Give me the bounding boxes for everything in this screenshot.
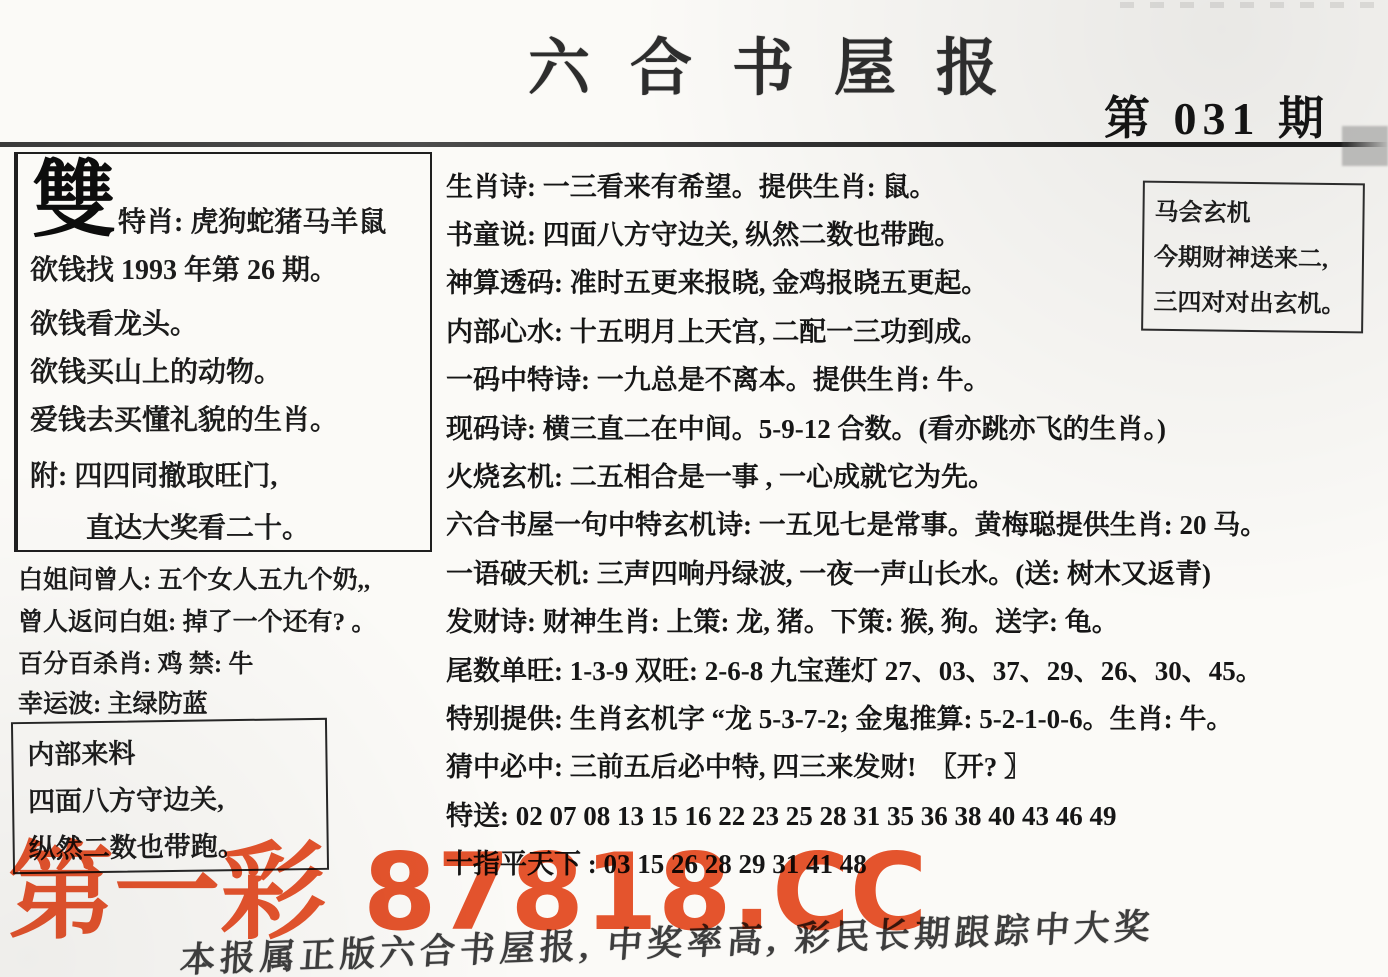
site-watermark: 第一彩 87818.CC: [8, 840, 928, 946]
internal-box-line: 四面八方守边关,: [28, 775, 313, 826]
main-tip-column: 生肖诗: 一三看来有希望。提供生肖: 鼠。 书童说: 四面八方守边关, 纵然二数…: [446, 160, 1386, 886]
tip-line-huoshao: 火烧玄机: 二五相合是一事 , 一心成就它为先。: [446, 450, 1386, 498]
tip-line-facai: 发财诗: 财神生肖: 上策: 龙, 猪。下策: 猴, 狗。送字: 龟。: [446, 596, 1386, 644]
double-character: 雙: [32, 160, 116, 244]
zodiac-box-line: 欲钱买山上的动物。: [30, 350, 282, 390]
scan-noise-top: [1120, 2, 1380, 8]
zodiac-box-line: 直达大奖看二十。: [86, 506, 310, 546]
baijie-line: 白姐问曾人: 五个女人五九个奶,,: [18, 560, 370, 596]
tip-line-weishu: 尾数单旺: 1-3-9 双旺: 2-6-8 九宝莲灯 27、03、37、29、2…: [446, 644, 1386, 692]
zodiac-box-line: 欲钱看龙头。: [30, 302, 198, 342]
internal-box-line: 内部来料: [27, 728, 312, 779]
zodiac-tip-box: 雙 特肖: 虎狗蛇猪马羊鼠 欲钱找 1993 年第 26 期。 欲钱看龙头。 欲…: [14, 152, 432, 552]
tip-line-shensuan: 神算透码: 准时五更来报晓, 金鸡报晓五更起。: [446, 257, 1386, 305]
tip-line-xianma: 现码诗: 横三直二在中间。5-9-12 合数。(看亦跳亦飞的生肖。): [446, 402, 1386, 450]
zodiac-box-line: 欲钱找 1993 年第 26 期。: [30, 248, 338, 288]
page-title: 六合书屋报: [528, 18, 1038, 107]
baijie-line: 曾人返问白姐: 掉了一个还有? 。: [18, 602, 376, 638]
tip-line-zodiac-poem: 生肖诗: 一三看来有希望。提供生肖: 鼠。: [446, 160, 1386, 208]
tip-line-neibu: 内部心水: 十五明月上天宫, 二配一三功到成。: [446, 305, 1386, 353]
tip-line-shutong: 书童说: 四面八方守边关, 纵然二数也带跑。: [446, 208, 1386, 256]
issue-number: 第 031 期: [1104, 82, 1330, 148]
header-divider-line: [0, 142, 1388, 147]
tip-line-yiju-zhongte: 六合书屋一句中特玄机诗: 一五见七是常事。黄梅聪提供生肖: 20 马。: [446, 499, 1386, 547]
tip-line-yima: 一码中特诗: 一九总是不离本。提供生肖: 牛。: [446, 354, 1386, 402]
tip-line-yupo-tianji: 一语破天机: 三声四响丹绿波, 一夜一声山长水。(送: 树木又返青): [446, 547, 1386, 595]
zodiac-box-line: 爱钱去买懂礼貌的生肖。: [30, 398, 338, 438]
tip-line-tebie-tigong: 特别提供: 生肖玄机字 “龙 5-3-7-2; 金鬼推算: 5-2-1-0-6。…: [446, 692, 1386, 740]
kill-zodiac-line: 百分百杀肖: 鸡 禁: 牛: [18, 644, 253, 680]
tip-line-caizhong: 猜中必中: 三前五后必中特, 四三来发财! 〖开? 〗: [446, 741, 1386, 789]
special-zodiac-line: 特肖: 虎狗蛇猪马羊鼠: [118, 200, 386, 240]
lucky-wave-line: 幸运波: 主绿防蓝: [18, 684, 208, 720]
scanned-lottery-sheet: 六合书屋报 第 031 期 雙 特肖: 虎狗蛇猪马羊鼠 欲钱找 1993 年第 …: [0, 0, 1388, 977]
zodiac-box-line: 附: 四四同撤取旺门,: [30, 454, 277, 494]
